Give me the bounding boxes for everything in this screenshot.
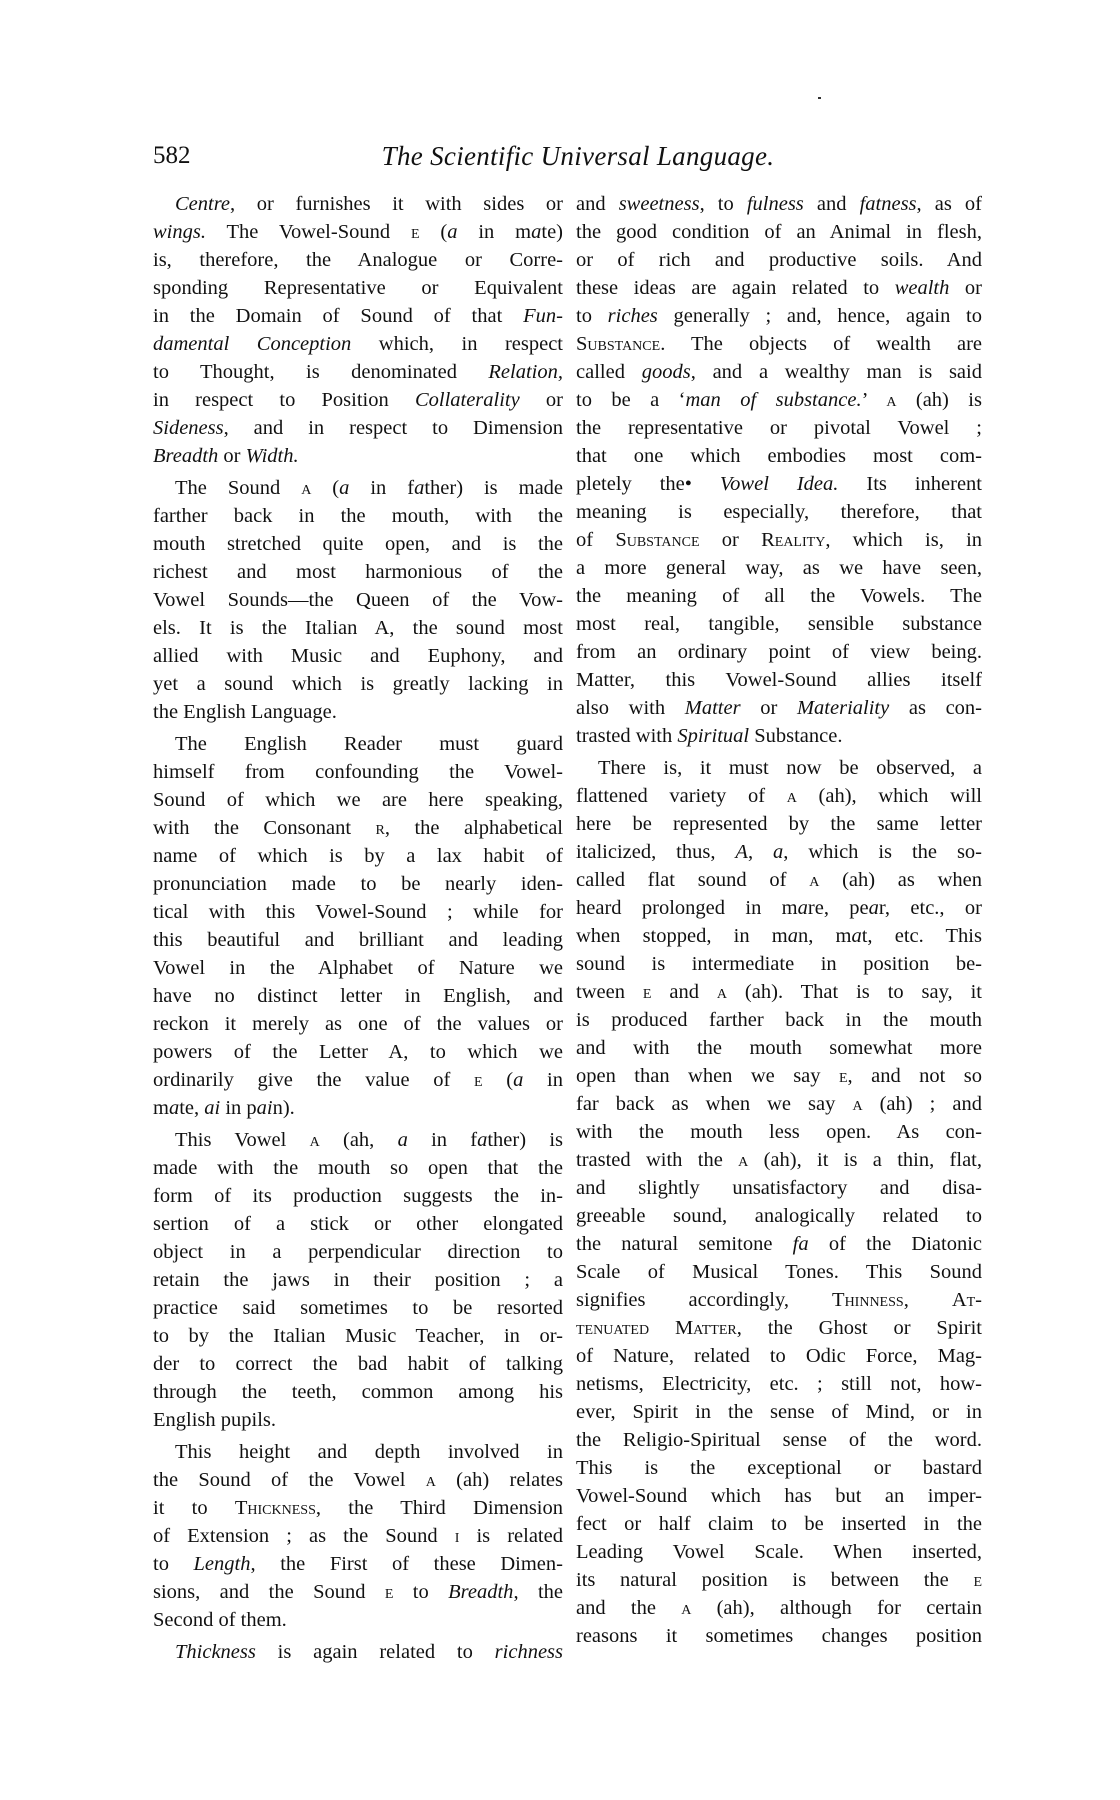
text-line: to Length, the First of these Dimen- — [153, 1550, 563, 1578]
text-line: have no distinct letter in English, and — [153, 982, 563, 1010]
text: the Sound of the Vowel — [153, 1469, 426, 1491]
text-line: with the mouth less open. As con- — [576, 1118, 982, 1146]
text: This Vowel — [175, 1129, 310, 1151]
text: Vowel Sounds—the Queen of the Vow- — [153, 589, 563, 611]
paragraph: and sweetness, to fulness and fatness, a… — [576, 190, 982, 750]
text: or of rich and productive soils. And — [576, 249, 982, 271]
small-caps-text: e — [973, 1569, 982, 1591]
italic-text: Relation, — [488, 361, 563, 383]
small-caps-text: a — [717, 981, 727, 1003]
text: Vowel in the Alphabet of Nature we — [153, 957, 563, 979]
text-line: The English Reader must guard — [153, 730, 563, 758]
text: or — [741, 697, 797, 719]
small-caps-text: Thinness — [832, 1289, 904, 1311]
text: open than when we say — [576, 1065, 839, 1087]
italic-text: man of substance. — [686, 389, 862, 411]
text: and — [576, 193, 619, 215]
text-line: flattened variety of a (ah), which will — [576, 782, 982, 810]
italic-text: a — [773, 841, 783, 863]
text-line: the meaning of all the Vowels. The — [576, 582, 982, 610]
text: (ah) as when — [819, 869, 982, 891]
text-line: from an ordinary point of view being. — [576, 638, 982, 666]
text: or — [520, 389, 563, 411]
text: netisms, Electricity, etc. ; still not, … — [576, 1373, 982, 1395]
text-line: damental Conception which, in respect — [153, 330, 563, 358]
text: m — [153, 1097, 169, 1119]
text-line: signifies accordingly, Thinness, At- — [576, 1286, 982, 1314]
text-line: most real, tangible, sensible substance — [576, 610, 982, 638]
text: (ah). That is to say, it — [727, 981, 982, 1003]
text-line: this beautiful and brilliant and leading — [153, 926, 563, 954]
small-caps-text: Substance — [576, 333, 660, 355]
text: have no distinct letter in English, and — [153, 985, 563, 1007]
text: ever, Spirit in the sense of Mind, or in — [576, 1401, 982, 1423]
text-line: when stopped, in man, mat, etc. This — [576, 922, 982, 950]
text-line: to be a ‘man of substance.’ a (ah) is — [576, 386, 982, 414]
italic-text: a — [169, 1097, 179, 1119]
text: himself from confounding the Vowel- — [153, 761, 563, 783]
text-line: these ideas are again related to wealth … — [576, 274, 982, 302]
text: when stopped, in m — [576, 925, 788, 947]
italic-text: Materiality — [797, 697, 889, 719]
italic-text: Thickness — [175, 1641, 256, 1663]
text: the natural semitone — [576, 1233, 793, 1255]
text: and with the mouth somewhat more — [576, 1037, 982, 1059]
paragraph: This Vowel a (ah, a in father) ismade wi… — [153, 1126, 563, 1434]
text-line: and with the mouth somewhat more — [576, 1034, 982, 1062]
italic-text: Spiritual — [677, 725, 749, 747]
text: els. It is the Italian A, the sound most — [153, 617, 563, 639]
text: the good condition of an Animal in flesh… — [576, 221, 982, 243]
italic-text: Breadth — [153, 445, 218, 467]
text-line: Substance. The objects of wealth are — [576, 330, 982, 358]
text-line: object in a perpendicular direction to — [153, 1238, 563, 1266]
text: here be represented by the same letter — [576, 813, 982, 835]
text-line: through the teeth, common among his — [153, 1378, 563, 1406]
small-caps-text: tenuated Matter — [576, 1317, 737, 1339]
text: through the teeth, common among his — [153, 1381, 563, 1403]
italic-text: Collaterality — [415, 389, 520, 411]
text-line: and sweetness, to fulness and fatness, a… — [576, 190, 982, 218]
text: these ideas are again related to — [576, 277, 895, 299]
text: te) — [541, 221, 563, 243]
text-line: sertion of a stick or other elongated — [153, 1210, 563, 1238]
italic-text: a — [513, 1069, 523, 1091]
text-line: This height and depth involved in — [153, 1438, 563, 1466]
text: the meaning of all the Vowels. The — [576, 585, 982, 607]
italic-text: richness — [495, 1641, 563, 1663]
text: Second of them. — [153, 1609, 287, 1631]
text: , which is, in — [825, 529, 982, 551]
text-line: els. It is the Italian A, the sound most — [153, 614, 563, 642]
small-caps-text: a — [681, 1597, 691, 1619]
text: tween — [576, 981, 643, 1003]
italic-text: fatness — [860, 193, 917, 215]
text: te, — [179, 1097, 204, 1119]
text: generally ; and, hence, again to — [658, 305, 982, 327]
text: called flat sound of — [576, 869, 809, 891]
text-line: that one which embodies most com- — [576, 442, 982, 470]
text-line: with the Consonant r, the alphabetical — [153, 814, 563, 842]
text-line: There is, it must now be observed, a — [576, 754, 982, 782]
text: name of which is by a lax habit of — [153, 845, 563, 867]
text: (ah) relates — [436, 1469, 563, 1491]
text-line: Centre, or furnishes it with sides or — [153, 190, 563, 218]
text-line: in respect to Position Collaterality or — [153, 386, 563, 414]
text-line: sions, and the Sound e to Breadth, the — [153, 1578, 563, 1606]
text-line: the representative or pivotal Vowel ; — [576, 414, 982, 442]
italic-text: a — [798, 897, 808, 919]
text: trasted with — [576, 725, 677, 747]
small-caps-text: At- — [952, 1289, 982, 1311]
small-caps-text: Substance — [615, 529, 699, 551]
text-line: allied with Music and Euphony, and — [153, 642, 563, 670]
text: to — [393, 1581, 448, 1603]
text: The Sound — [175, 477, 301, 499]
text: practice said sometimes to be resorted — [153, 1297, 563, 1319]
text: ther) is made — [424, 477, 563, 499]
text-line: reckon it merely as one of the values or — [153, 1010, 563, 1038]
text: italicized, thus, — [576, 841, 735, 863]
text: and the — [576, 1597, 681, 1619]
small-caps-text: a — [310, 1129, 320, 1151]
text: as con- — [889, 697, 982, 719]
text-line: heard prolonged in mare, pear, etc., or — [576, 894, 982, 922]
text: far back as when we say — [576, 1093, 852, 1115]
text: or — [700, 529, 762, 551]
paragraph: The Sound a (a in father) is madefarther… — [153, 474, 563, 726]
text-line: to Thought, is denominated Relation, — [153, 358, 563, 386]
text-line: Sound of which we are here speaking, — [153, 786, 563, 814]
italic-text: Vowel Idea. — [720, 473, 838, 495]
text: There is, it must now be observed, a — [598, 757, 982, 779]
text-line: sound is intermediate in position be- — [576, 950, 982, 978]
small-caps-text: Thickness — [235, 1497, 316, 1519]
running-title: The Scientific Universal Language. — [153, 140, 983, 172]
italic-text: sweetness — [619, 193, 700, 215]
text: yet a sound which is greatly lacking in — [153, 673, 563, 695]
right-column: and sweetness, to fulness and fatness, a… — [576, 190, 982, 1654]
text: signifies accordingly, — [576, 1289, 832, 1311]
text: sions, and the Sound — [153, 1581, 385, 1603]
text-line: its natural position is between the e — [576, 1566, 982, 1594]
text: (ah), although for certain — [691, 1597, 982, 1619]
text: is, therefore, the Analogue or Corre- — [153, 249, 563, 271]
text-line: Sideness, and in respect to Dimension — [153, 414, 563, 442]
left-column: Centre, or furnishes it with sides orwin… — [153, 190, 563, 1670]
text-line: retain the jaws in their position ; a — [153, 1266, 563, 1294]
italic-text: Width. — [246, 445, 299, 467]
italic-text: Length — [194, 1553, 251, 1575]
italic-text: a — [788, 925, 798, 947]
italic-text: a — [339, 477, 349, 499]
text-line: italicized, thus, A, a, which is the so- — [576, 838, 982, 866]
text: in m — [457, 221, 531, 243]
text: in respect to Position — [153, 389, 415, 411]
text: to — [153, 1553, 194, 1575]
italic-text: fulness — [747, 193, 804, 215]
italic-text: a — [447, 221, 457, 243]
text: The English Reader must guard — [175, 733, 563, 755]
text: This height and depth involved in — [175, 1441, 563, 1463]
italic-text: fa — [793, 1233, 809, 1255]
italic-text: a — [869, 897, 879, 919]
small-caps-text: r — [376, 817, 385, 839]
italic-text: wealth — [895, 277, 950, 299]
text: in — [523, 1069, 563, 1091]
text: n). — [273, 1097, 295, 1119]
text: (ah) is — [896, 389, 982, 411]
text: pronunciation made to be nearly iden- — [153, 873, 563, 895]
text: in the Domain of Sound of that — [153, 305, 523, 327]
text-line: and slightly unsatisfactory and disa- — [576, 1174, 982, 1202]
text: is again related to — [256, 1641, 495, 1663]
text-line: the natural semitone fa of the Diatonic — [576, 1230, 982, 1258]
text-line: Leading Vowel Scale. When inserted, — [576, 1538, 982, 1566]
text: and slightly unsatisfactory and disa- — [576, 1177, 982, 1199]
text-line: the English Language. — [153, 698, 563, 726]
text: with the Consonant — [153, 817, 376, 839]
text-line: This Vowel a (ah, a in father) is — [153, 1126, 563, 1154]
text: , the alphabetical — [385, 817, 563, 839]
text: Leading Vowel Scale. When inserted, — [576, 1541, 982, 1563]
italic-text: Centre — [175, 193, 230, 215]
text-line: mate, ai in pain). — [153, 1094, 563, 1122]
text-line: of Substance or Reality, which is, in — [576, 526, 982, 554]
small-caps-text: a — [301, 477, 311, 499]
italic-text: Breadth — [448, 1581, 513, 1603]
text-line: fect or half claim to be inserted in the — [576, 1510, 982, 1538]
text: , the — [513, 1581, 563, 1603]
text: powers of the Letter A, to which we — [153, 1041, 563, 1063]
text-line: greeable sound, analogically related to — [576, 1202, 982, 1230]
text-line: to riches generally ; and, hence, again … — [576, 302, 982, 330]
text: , the First of these Dimen- — [250, 1553, 563, 1575]
text: in f — [349, 477, 414, 499]
text: its natural position is between the — [576, 1569, 973, 1591]
text-line: der to correct the bad habit of talking — [153, 1350, 563, 1378]
text: ( — [483, 1069, 514, 1091]
text: Substance. — [749, 725, 842, 747]
italic-text: ai — [257, 1097, 273, 1119]
text: English pupils. — [153, 1409, 276, 1431]
text-line: the Religio-Spiritual sense of the word. — [576, 1426, 982, 1454]
text: retain the jaws in their position ; a — [153, 1269, 563, 1291]
text-line: netisms, Electricity, etc. ; still not, … — [576, 1370, 982, 1398]
italic-text: a — [414, 477, 424, 499]
text: Matter, this Vowel-Sound allies itself — [576, 669, 982, 691]
text: or — [949, 277, 982, 299]
small-caps-text: a — [787, 785, 797, 807]
text-line: farther back in the mouth, with the — [153, 502, 563, 530]
small-caps-text: a — [738, 1149, 748, 1171]
text: is produced farther back in the mouth — [576, 1009, 982, 1031]
text: is related — [459, 1525, 563, 1547]
small-caps-text: a — [426, 1469, 436, 1491]
italic-text: ai — [204, 1097, 220, 1119]
text: from an ordinary point of view being. — [576, 641, 982, 663]
text: r, etc., or — [879, 897, 982, 919]
text: most real, tangible, sensible substance — [576, 613, 982, 635]
text: (ah), it is a thin, flat, — [748, 1149, 982, 1171]
text-line: Breadth or Width. — [153, 442, 563, 470]
italic-text: wings. — [153, 221, 206, 243]
text-line: pronunciation made to be nearly iden- — [153, 870, 563, 898]
text: Vowel-Sound which has but an imper- — [576, 1485, 982, 1507]
text: a more general way, as we have seen, — [576, 557, 982, 579]
paragraph: There is, it must now be observed, aflat… — [576, 754, 982, 1650]
text: reckon it merely as one of the values or — [153, 1013, 563, 1035]
text-line: open than when we say e, and not so — [576, 1062, 982, 1090]
text: sertion of a stick or other elongated — [153, 1213, 563, 1235]
text-line: called flat sound of a (ah) as when — [576, 866, 982, 894]
text-line: reasons it sometimes changes position — [576, 1622, 982, 1650]
text-line: called goods, and a wealthy man is said — [576, 358, 982, 386]
italic-text: a — [851, 925, 861, 947]
text: or — [218, 445, 245, 467]
text-line: tenuated Matter, the Ghost or Spirit — [576, 1314, 982, 1342]
paragraph: This height and depth involved inthe Sou… — [153, 1438, 563, 1634]
text: with the mouth less open. As con- — [576, 1121, 982, 1143]
text-line: form of its production suggests the in- — [153, 1182, 563, 1210]
text-line: Vowel Sounds—the Queen of the Vow- — [153, 586, 563, 614]
text-line: pletely the• Vowel Idea. Its inherent — [576, 470, 982, 498]
text-line: and the a (ah), although for certain — [576, 1594, 982, 1622]
text: Its inherent — [838, 473, 982, 495]
print-speck — [818, 97, 821, 99]
text: pletely the• — [576, 473, 720, 495]
text-line: it to Thickness, the Third Dimension — [153, 1494, 563, 1522]
text-line: wings. The Vowel-Sound e (a in mate) — [153, 218, 563, 246]
text-line: made with the mouth so open that the — [153, 1154, 563, 1182]
text: of Nature, related to Odic Force, Mag- — [576, 1345, 982, 1367]
text: allied with Music and Euphony, and — [153, 645, 563, 667]
text: sponding Representative or Equivalent — [153, 277, 563, 299]
text: trasted with the — [576, 1149, 738, 1171]
text: object in a perpendicular direction to — [153, 1241, 563, 1263]
text-line: of Extension ; as the Sound i is related — [153, 1522, 563, 1550]
text: that one which embodies most com- — [576, 445, 982, 467]
text: this beautiful and brilliant and leading — [153, 929, 563, 951]
text: t, etc. This — [862, 925, 982, 947]
text: sound is intermediate in position be- — [576, 953, 982, 975]
text: ther) is — [487, 1129, 563, 1151]
text-line: ever, Spirit in the sense of Mind, or in — [576, 1398, 982, 1426]
text: The Vowel-Sound — [206, 221, 411, 243]
small-caps-text: e — [839, 1065, 848, 1087]
text-line: richest and most harmonious of the — [153, 558, 563, 586]
text: the representative or pivotal Vowel ; — [576, 417, 982, 439]
text-line: tical with this Vowel-Sound ; while for — [153, 898, 563, 926]
text-line: English pupils. — [153, 1406, 563, 1434]
text-line: in the Domain of Sound of that Fun- — [153, 302, 563, 330]
text-line: Vowel-Sound which has but an imper- — [576, 1482, 982, 1510]
text: heard prolonged in m — [576, 897, 798, 919]
text-line: meaning is especially, therefore, that — [576, 498, 982, 526]
text: , to — [700, 193, 747, 215]
text: , — [904, 1289, 952, 1311]
text-line: practice said sometimes to be resorted — [153, 1294, 563, 1322]
text-line: Second of them. — [153, 1606, 563, 1634]
text-line: Matter, this Vowel-Sound allies itself — [576, 666, 982, 694]
text: the Religio-Spiritual sense of the word. — [576, 1429, 982, 1451]
text: mouth stretched quite open, and is the — [153, 533, 563, 555]
text-line: name of which is by a lax habit of — [153, 842, 563, 870]
text: (ah, — [320, 1129, 398, 1151]
text: der to correct the bad habit of talking — [153, 1353, 563, 1375]
text: , the Ghost or Spirit — [737, 1317, 982, 1339]
text-line: to by the Italian Music Teacher, in or- — [153, 1322, 563, 1350]
text: of — [576, 529, 615, 551]
text: reasons it sometimes changes position — [576, 1625, 982, 1647]
text: and — [651, 981, 716, 1003]
italic-text: a — [477, 1129, 487, 1151]
text: , the Third Dimension — [316, 1497, 563, 1519]
text: of the Diatonic — [809, 1233, 982, 1255]
text: ’ — [862, 389, 887, 411]
text: the English Language. — [153, 701, 337, 723]
italic-text: damental Conception — [153, 333, 351, 355]
text: , — [748, 841, 773, 863]
text-line: the good condition of an Animal in flesh… — [576, 218, 982, 246]
italic-text: a — [531, 221, 541, 243]
text: which, in respect — [351, 333, 563, 355]
text: in p — [220, 1097, 256, 1119]
italic-text: riches — [608, 305, 658, 327]
text-line: ordinarily give the value of e (a in — [153, 1066, 563, 1094]
text: flattened variety of — [576, 785, 787, 807]
small-caps-text: a — [886, 389, 896, 411]
text-line: yet a sound which is greatly lacking in — [153, 670, 563, 698]
text-line: trasted with Spiritual Substance. — [576, 722, 982, 750]
text: This is the exceptional or bastard — [576, 1457, 982, 1479]
text: , and a wealthy man is said — [691, 361, 982, 383]
small-caps-text: a — [852, 1093, 862, 1115]
book-page: 582 The Scientific Universal Language. C… — [0, 0, 1120, 1800]
text-line: tween e and a (ah). That is to say, it — [576, 978, 982, 1006]
text-line: The Sound a (a in father) is made — [153, 474, 563, 502]
paragraph: Thickness is again related to richness — [153, 1638, 563, 1666]
text-line: Thickness is again related to richness — [153, 1638, 563, 1666]
text: re, pe — [808, 897, 869, 919]
text: , which is the so- — [783, 841, 982, 863]
small-caps-text: a — [809, 869, 819, 891]
text-line: a more general way, as we have seen, — [576, 554, 982, 582]
small-caps-text: e — [474, 1069, 483, 1091]
text-line: sponding Representative or Equivalent — [153, 274, 563, 302]
text: to by the Italian Music Teacher, in or- — [153, 1325, 563, 1347]
text-line: is produced farther back in the mouth — [576, 1006, 982, 1034]
text-line: Scale of Musical Tones. This Sound — [576, 1258, 982, 1286]
text: tical with this Vowel-Sound ; while for — [153, 901, 563, 923]
text-line: also with Matter or Materiality as con- — [576, 694, 982, 722]
text: richest and most harmonious of the — [153, 561, 563, 583]
italic-text: goods — [642, 361, 691, 383]
text-line: This is the exceptional or bastard — [576, 1454, 982, 1482]
text: greeable sound, analogically related to — [576, 1205, 982, 1227]
text: (ah) ; and — [863, 1093, 982, 1115]
small-caps-text: e — [411, 221, 420, 243]
text-line: trasted with the a (ah), it is a thin, f… — [576, 1146, 982, 1174]
text: n, m — [798, 925, 852, 947]
text: , as of — [917, 193, 982, 215]
text-line: is, therefore, the Analogue or Corre- — [153, 246, 563, 274]
text: ( — [420, 221, 448, 243]
text: in f — [408, 1129, 477, 1151]
italic-text: A — [735, 841, 748, 863]
text: of Extension ; as the Sound — [153, 1525, 455, 1547]
text: , or furnishes it with sides or — [230, 193, 563, 215]
